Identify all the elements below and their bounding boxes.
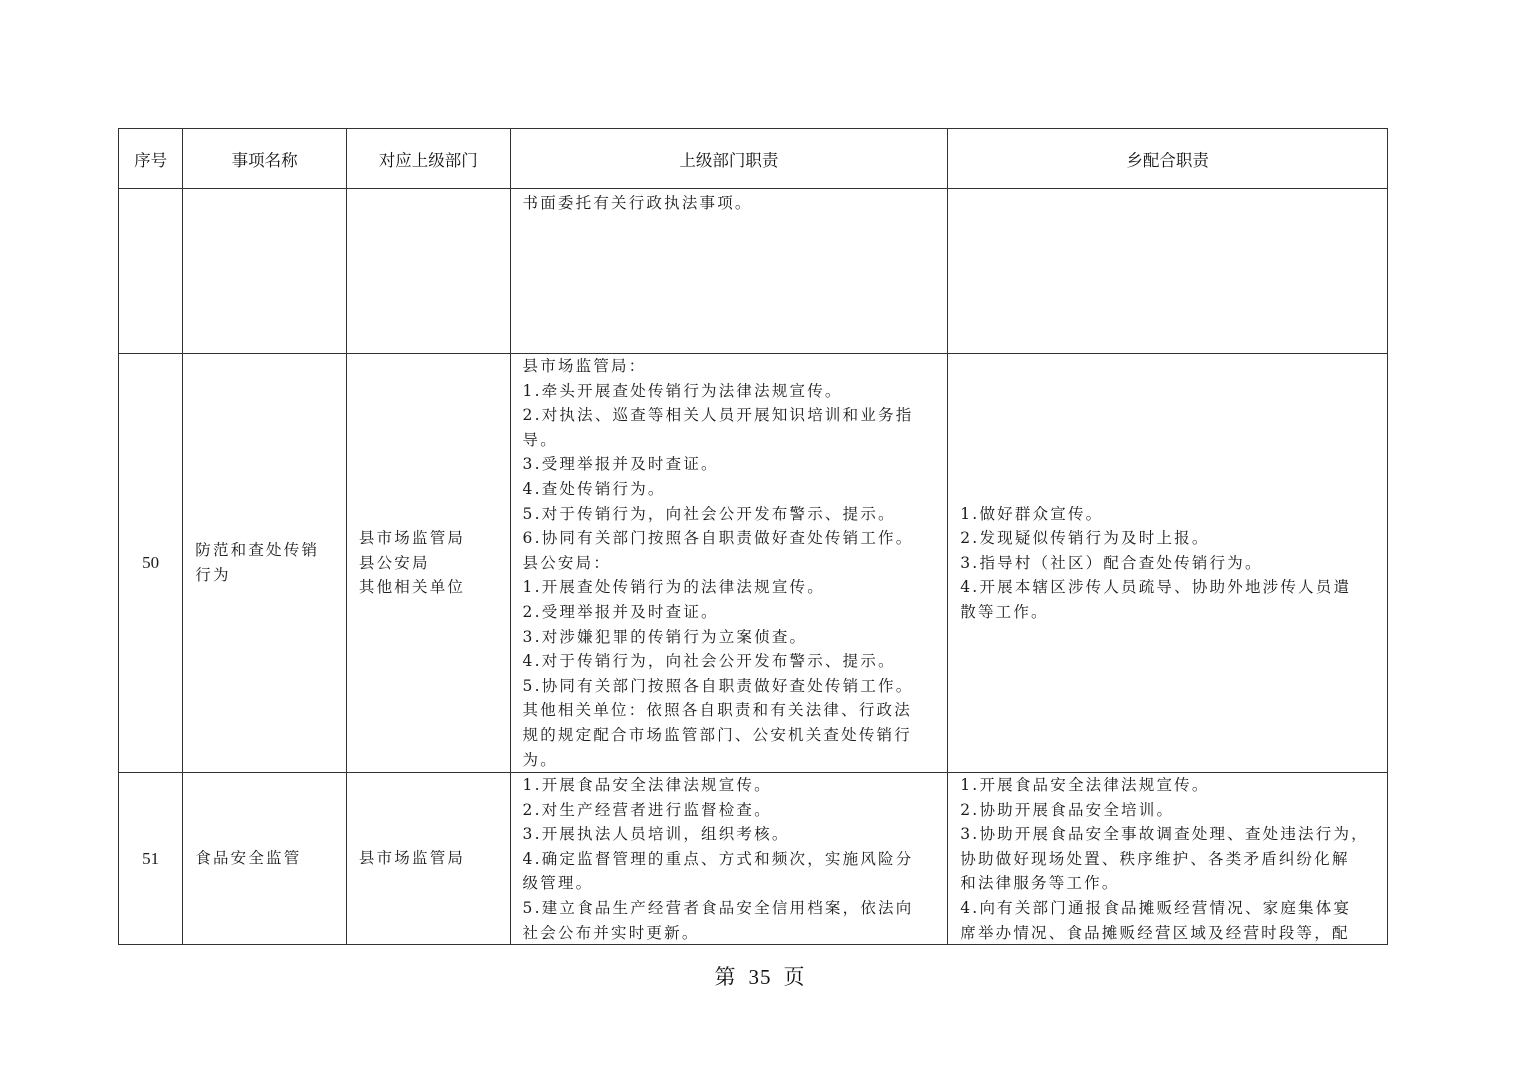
text-line: 5.协同有关部门按照各自职责做好查处传销工作。 xyxy=(523,674,940,699)
text-line: 行为 xyxy=(195,563,338,588)
text-line: 4.对于传销行为，向社会公开发布警示、提示。 xyxy=(523,649,940,674)
text-line: 2.发现疑似传销行为及时上报。 xyxy=(960,526,1379,551)
cell-upper-duty: 县市场监管局： 1.牵头开展查处传销行为法律法规宣传。 2.对执法、巡查等相关人… xyxy=(510,354,948,773)
cell-town-duty xyxy=(948,189,1388,354)
text-line: 1.做好群众宣传。 xyxy=(960,502,1379,527)
text-line: 和法律服务等工作。 xyxy=(960,871,1379,896)
text-line: 3.协助开展食品安全事故调查处理、查处违法行为， xyxy=(960,822,1379,847)
text-line: 4.开展本辖区涉传人员疏导、协助外地涉传人员遣 xyxy=(960,575,1379,600)
text-line: 3.开展执法人员培训，组织考核。 xyxy=(523,822,940,847)
cell-content: 1.开展食品安全法律法规宣传。 2.对生产经营者进行监督检查。 3.开展执法人员… xyxy=(523,773,940,943)
page-footer: 第35页 xyxy=(0,961,1520,991)
cell-content: 1.开展食品安全法律法规宣传。 2.协助开展食品安全培训。 3.协助开展食品安全… xyxy=(960,773,1379,943)
text-line: 防范和查处传销 xyxy=(195,538,338,563)
cell-upper-duty: 1.开展食品安全法律法规宣传。 2.对生产经营者进行监督检查。 3.开展执法人员… xyxy=(510,773,948,945)
cell-no: 51 xyxy=(119,773,183,945)
page-prefix: 第 xyxy=(715,965,737,989)
text-line: 4.向有关部门通报食品摊贩经营情况、家庭集体宴 xyxy=(960,896,1379,921)
cell-dept xyxy=(346,189,510,354)
header-no: 序号 xyxy=(119,129,183,189)
text-line: 县公安局： xyxy=(523,551,940,576)
text-line: 为。 xyxy=(523,748,940,773)
cell-town-duty: 1.开展食品安全法律法规宣传。 2.协助开展食品安全培训。 3.协助开展食品安全… xyxy=(948,773,1388,945)
cell-name: 防范和查处传销 行为 xyxy=(183,354,347,773)
text-line: 2.受理举报并及时查证。 xyxy=(523,600,940,625)
header-dept: 对应上级部门 xyxy=(346,129,510,189)
text-line: 5.建立食品生产经营者食品安全信用档案，依法向 xyxy=(523,896,940,921)
text-line: 导。 xyxy=(523,428,940,453)
text-line: 级管理。 xyxy=(523,871,940,896)
text-line: 1.开展食品安全法律法规宣传。 xyxy=(960,773,1379,798)
text-line: 1.开展查处传销行为的法律法规宣传。 xyxy=(523,575,940,600)
cell-name: 食品安全监管 xyxy=(183,773,347,945)
header-name: 事项名称 xyxy=(183,129,347,189)
text-line: 1.开展食品安全法律法规宣传。 xyxy=(523,773,940,798)
cell-town-duty: 1.做好群众宣传。 2.发现疑似传销行为及时上报。 3.指导村（社区）配合查处传… xyxy=(948,354,1388,773)
text-line: 县市场监管局： xyxy=(523,354,940,379)
cell-dept: 县市场监管局 xyxy=(346,773,510,945)
text-line: 2.对生产经营者进行监督检查。 xyxy=(523,798,940,823)
text-line: 6.协同有关部门按照各自职责做好查处传销工作。 xyxy=(523,526,940,551)
duty-table: 序号 事项名称 对应上级部门 上级部门职责 乡配合职责 书面委托有关行政执法事项… xyxy=(118,128,1388,945)
text-line: 县市场监管局 xyxy=(359,526,502,551)
cell-name xyxy=(183,189,347,354)
text-line: 3.对涉嫌犯罪的传销行为立案侦查。 xyxy=(523,625,940,650)
text-line: 3.受理举报并及时查证。 xyxy=(523,452,940,477)
text-line: 席举办情况、食品摊贩经营区域及经营时段等，配 xyxy=(960,921,1379,943)
text-line: 2.协助开展食品安全培训。 xyxy=(960,798,1379,823)
text-line: 社会公布并实时更新。 xyxy=(523,921,940,943)
cell-upper-duty: 书面委托有关行政执法事项。 xyxy=(510,189,948,354)
header-upper-duty: 上级部门职责 xyxy=(510,129,948,189)
table-row: 51 食品安全监管 县市场监管局 1.开展食品安全法律法规宣传。 2.对生产经营… xyxy=(119,773,1388,945)
text-line: 4.确定监督管理的重点、方式和频次，实施风险分 xyxy=(523,847,940,872)
text-line: 食品安全监管 xyxy=(195,846,338,871)
table-row-continuation: 书面委托有关行政执法事项。 xyxy=(119,189,1388,354)
text-line: 散等工作。 xyxy=(960,600,1379,625)
header-town-duty: 乡配合职责 xyxy=(948,129,1388,189)
text-line: 3.指导村（社区）配合查处传销行为。 xyxy=(960,551,1379,576)
text-line: 4.查处传销行为。 xyxy=(523,477,940,502)
table-header-row: 序号 事项名称 对应上级部门 上级部门职责 乡配合职责 xyxy=(119,129,1388,189)
text-line: 1.牵头开展查处传销行为法律法规宣传。 xyxy=(523,379,940,404)
text-line: 其他相关单位 xyxy=(359,575,502,600)
text-line: 规的规定配合市场监管部门、公安机关查处传销行 xyxy=(523,723,940,748)
text-line: 协助做好现场处置、秩序维护、各类矛盾纠纷化解 xyxy=(960,847,1379,872)
cell-dept: 县市场监管局 县公安局 其他相关单位 xyxy=(346,354,510,773)
text-line: 书面委托有关行政执法事项。 xyxy=(523,191,940,216)
table-row: 50 防范和查处传销 行为 县市场监管局 县公安局 其他相关单位 县市场监管局：… xyxy=(119,354,1388,773)
text-line: 2.对执法、巡查等相关人员开展知识培训和业务指 xyxy=(523,403,940,428)
cell-no xyxy=(119,189,183,354)
page-suffix: 页 xyxy=(784,965,806,989)
text-line: 县市场监管局 xyxy=(359,846,502,871)
cell-no: 50 xyxy=(119,354,183,773)
text-line: 5.对于传销行为，向社会公开发布警示、提示。 xyxy=(523,502,940,527)
page-number: 35 xyxy=(749,965,772,989)
text-line: 县公安局 xyxy=(359,551,502,576)
text-line: 其他相关单位：依照各自职责和有关法律、行政法 xyxy=(523,698,940,723)
